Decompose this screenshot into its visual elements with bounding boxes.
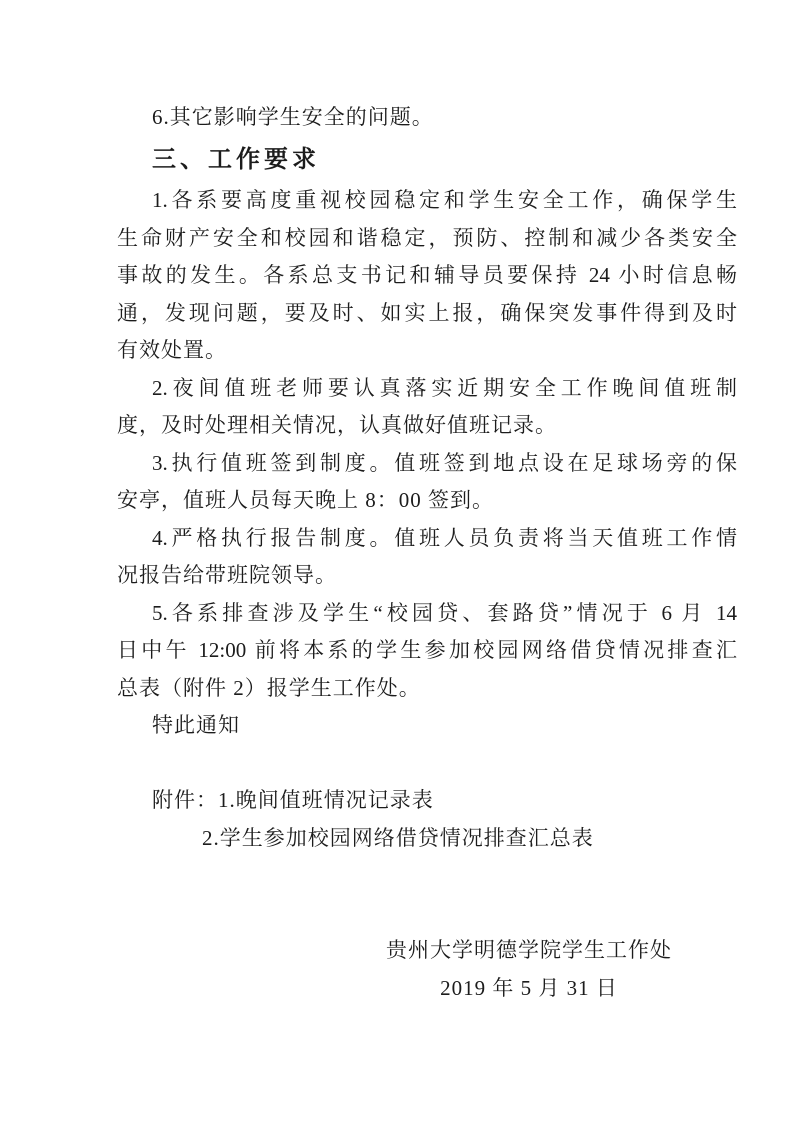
paragraph-3-line: 安亭，值班人员每天晚上 8：00 签到。 <box>117 482 737 520</box>
document-content: 6.其它影响学生安全的问题。 三、工作要求 1.各系要高度重视校园稳定和学生安全… <box>117 99 737 1007</box>
paragraph-1-line: 1.各系要高度重视校园稳定和学生安全工作，确保学生 <box>117 182 737 220</box>
attachments-list: 附件：1.晚间值班情况记录表 2.学生参加校园网络借贷情况排查汇总表 <box>117 782 737 857</box>
paragraph-4: 4.严格执行报告制度。值班人员负责将当天值班工作情 况报告给带班院领导。 <box>117 520 737 595</box>
closing-statement: 特此通知 <box>117 707 737 745</box>
paragraph-1-line: 事故的发生。各系总支书记和辅导员要保持 24 小时信息畅 <box>117 257 737 295</box>
signature-block: 贵州大学明德学院学生工作处 2019 年 5 月 31 日 <box>386 932 672 1007</box>
paragraph-2-line: 2.夜间值班老师要认真落实近期安全工作晚间值班制 <box>117 370 737 408</box>
signature-organization: 贵州大学明德学院学生工作处 <box>386 932 672 970</box>
paragraph-1-line: 通，发现问题，要及时、如实上报，确保突发事件得到及时 <box>117 295 737 333</box>
signature-date: 2019 年 5 月 31 日 <box>386 970 672 1008</box>
paragraph-3-line: 3.执行值班签到制度。值班签到地点设在足球场旁的保 <box>117 445 737 483</box>
section-heading-work-requirements: 三、工作要求 <box>117 141 737 179</box>
paragraph-1-line: 生命财产安全和校园和谐稳定，预防、控制和减少各类安全 <box>117 220 737 258</box>
attachment-item-1: 附件：1.晚间值班情况记录表 <box>117 782 737 820</box>
paragraph-2: 2.夜间值班老师要认真落实近期安全工作晚间值班制 度，及时处理相关情况，认真做好… <box>117 370 737 445</box>
paragraph-5-line: 5.各系排查涉及学生“校园贷、套路贷”情况于 6 月 14 <box>117 595 737 633</box>
paragraph-5-line: 总表（附件 2）报学生工作处。 <box>117 670 737 708</box>
paragraph-2-line: 度，及时处理相关情况，认真做好值班记录。 <box>117 407 737 445</box>
paragraph-3: 3.执行值班签到制度。值班签到地点设在足球场旁的保 安亭，值班人员每天晚上 8：… <box>117 445 737 520</box>
paragraph-1-line: 有效处置。 <box>117 332 737 370</box>
paragraph-4-line: 况报告给带班院领导。 <box>117 557 737 595</box>
notice-document-page: 6.其它影响学生安全的问题。 三、工作要求 1.各系要高度重视校园稳定和学生安全… <box>0 0 793 1122</box>
paragraph-4-line: 4.严格执行报告制度。值班人员负责将当天值班工作情 <box>117 520 737 558</box>
paragraph-5-line: 日中午 12:00 前将本系的学生参加校园网络借贷情况排查汇 <box>117 632 737 670</box>
paragraph-1: 1.各系要高度重视校园稳定和学生安全工作，确保学生 生命财产安全和校园和谐稳定，… <box>117 182 737 370</box>
list-item-6: 6.其它影响学生安全的问题。 <box>117 99 737 137</box>
attachment-item-2: 2.学生参加校园网络借贷情况排查汇总表 <box>117 820 737 858</box>
paragraph-5: 5.各系排查涉及学生“校园贷、套路贷”情况于 6 月 14 日中午 12:00 … <box>117 595 737 708</box>
